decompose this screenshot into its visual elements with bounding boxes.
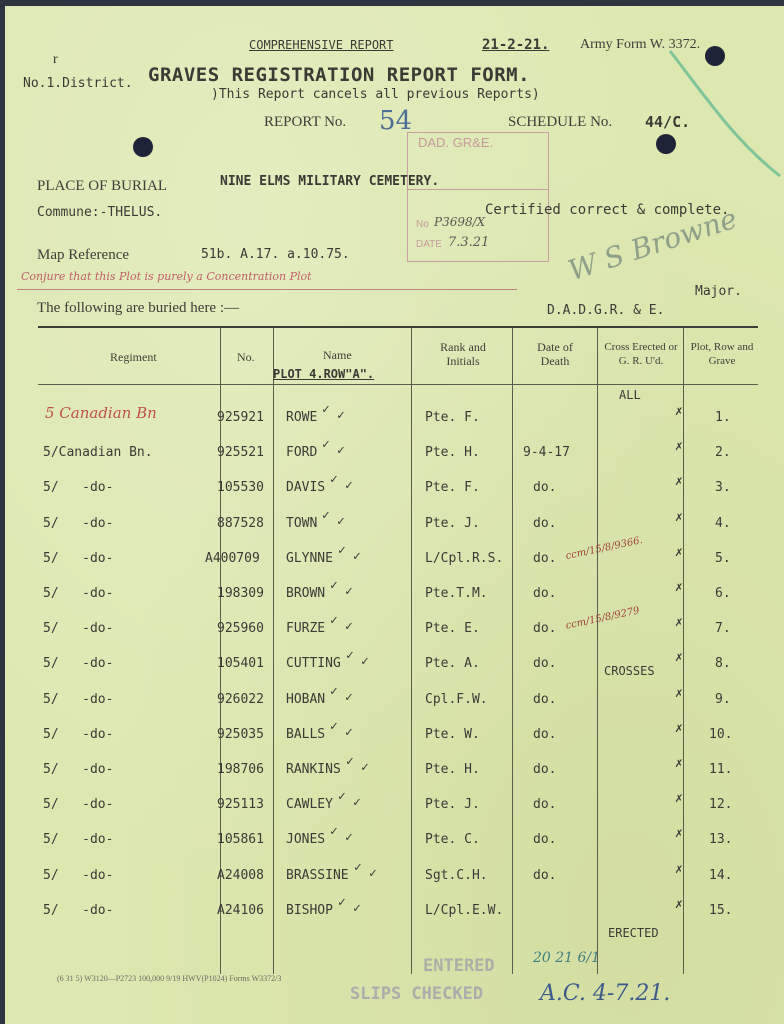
red-handwritten-note: Conjure that this Plot is purely a Conce… xyxy=(21,270,312,283)
rank-cell: Pte. C. xyxy=(425,832,480,847)
rank-cell: Pte. E. xyxy=(425,621,480,636)
map-reference-value: 51b. A.17. a.10.75. xyxy=(201,247,350,262)
name-cell: RANKINS xyxy=(286,762,341,777)
report-date: 21-2-21. xyxy=(482,37,549,53)
commune: Commune:-THELUS. xyxy=(37,205,162,220)
table-row: 5/ -do-105401CUTTING✓✓Pte. A.do.✗8. xyxy=(5,654,784,684)
service-number-cell: 105530 xyxy=(217,480,264,495)
checkmark-icon: ✓ xyxy=(345,478,353,493)
report-form-page: COMPREHENSIVE REPORT 21-2-21. Army Form … xyxy=(5,6,784,1024)
checkmark-icon: ✓ xyxy=(345,584,353,599)
red-cross-mark-icon: ✗ xyxy=(675,474,683,489)
date-of-death-cell: do. xyxy=(533,868,556,883)
service-number-cell: 198706 xyxy=(217,762,264,777)
rank-cell: Pte. A. xyxy=(425,656,480,671)
date-of-death-cell: do. xyxy=(533,480,556,495)
column-header-date-of-death: Date of Death xyxy=(525,340,585,368)
name-cell: HOBAN xyxy=(286,692,325,707)
table-header-rule xyxy=(38,384,758,385)
rank-cell: L/Cpl.E.W. xyxy=(425,903,503,918)
red-cross-mark-icon: ✗ xyxy=(675,897,683,912)
pencil-tick-mark: r xyxy=(53,52,58,68)
checkmark-icon: ✓ xyxy=(330,613,338,628)
rank-cell: Pte. H. xyxy=(425,762,480,777)
cancels-note: )This Report cancels all previous Report… xyxy=(211,87,540,102)
service-number-cell: 925035 xyxy=(217,727,264,742)
rank-cell: Sgt.C.H. xyxy=(425,868,488,883)
regiment-cell: 5/ -do- xyxy=(43,903,113,918)
stamp-title: DAD. GR&E. xyxy=(418,135,493,150)
table-top-rule xyxy=(38,326,758,328)
regiment-cell: 5 Canadian Bn xyxy=(45,404,157,422)
table-row: 5/ -do-925960FURZE✓✓Pte. E.do.ccm/15/8/9… xyxy=(5,619,784,649)
stamp-no-value: P3698/X xyxy=(434,215,485,229)
red-cross-mark-icon: ✗ xyxy=(675,721,683,736)
name-cell: CAWLEY xyxy=(286,797,333,812)
regiment-cell: 5/ -do- xyxy=(43,727,113,742)
grave-number-cell: 3. xyxy=(715,480,731,495)
checkmark-icon: ✓ xyxy=(337,443,345,458)
slips-checked-stamp: SLIPS CHECKED xyxy=(350,984,483,1004)
signatory-rank: Major. xyxy=(695,284,742,299)
grave-number-cell: 4. xyxy=(715,516,731,531)
name-cell: FURZE xyxy=(286,621,325,636)
grave-number-cell: 7. xyxy=(715,621,731,636)
table-row: 5/ -do-925035BALLS✓✓Pte. W.do.✗10. xyxy=(5,725,784,755)
table-row: 5/ -do-198309BROWN✓✓Pte.T.M.do.✗6. xyxy=(5,584,784,614)
checkmark-icon: ✓ xyxy=(346,754,354,769)
stamp-date-label: DATE xyxy=(416,239,442,250)
red-cross-mark-icon: ✗ xyxy=(675,686,683,701)
table-row: 5/ -do-198706RANKINS✓✓Pte. H.do.✗11. xyxy=(5,760,784,790)
table-row: 5/ -do-A24008BRASSINE✓✓Sgt.C.H.do.✗14. xyxy=(5,866,784,896)
name-cell: BALLS xyxy=(286,727,325,742)
service-number-cell: 925113 xyxy=(217,797,264,812)
plot-row-heading: PLOT 4.ROW"A". xyxy=(273,367,374,381)
rank-cell: Pte. J. xyxy=(425,516,480,531)
checkmark-icon: ✓ xyxy=(338,789,346,804)
checkmark-icon: ✓ xyxy=(345,725,353,740)
regiment-cell: 5/ -do- xyxy=(43,551,113,566)
print-code: (6 31 5) W3120—P2723 100,000 9/19 HWV(P1… xyxy=(57,974,281,983)
checkmark-icon: ✓ xyxy=(338,895,346,910)
grave-number-cell: 15. xyxy=(709,903,732,918)
checkmark-icon: ✓ xyxy=(353,549,361,564)
checkmark-icon: ✓ xyxy=(330,824,338,839)
checkmark-icon: ✓ xyxy=(345,690,353,705)
red-cross-mark-icon: ✗ xyxy=(675,510,683,525)
checkmark-icon: ✓ xyxy=(330,684,338,699)
date-of-death-cell: do. xyxy=(533,727,556,742)
regiment-cell: 5/ -do- xyxy=(43,832,113,847)
checkmark-icon: ✓ xyxy=(361,654,369,669)
checkmark-icon: ✓ xyxy=(345,830,353,845)
date-of-death-cell: do. xyxy=(533,621,556,636)
date-of-death-cell: do. xyxy=(533,797,556,812)
red-cross-mark-icon: ✗ xyxy=(675,862,683,877)
service-number-cell: 105401 xyxy=(217,656,264,671)
checkmark-icon: ✓ xyxy=(369,866,377,881)
schedule-no-label: SCHEDULE No. xyxy=(508,114,612,131)
service-number-cell: A24106 xyxy=(217,903,264,918)
date-of-death-cell: do. xyxy=(533,586,556,601)
report-no-label: REPORT No. xyxy=(264,114,346,131)
army-form-number: Army Form W. 3372. xyxy=(580,37,700,53)
name-cell: TOWN xyxy=(286,516,317,531)
red-cross-mark-icon: ✗ xyxy=(675,756,683,771)
service-number-cell: A24008 xyxy=(217,868,264,883)
date-of-death-cell: do. xyxy=(533,692,556,707)
entered-stamp: ENTERED xyxy=(423,956,495,976)
comprehensive-report-label: COMPREHENSIVE REPORT xyxy=(249,38,394,52)
grave-number-cell: 11. xyxy=(709,762,732,777)
date-of-death-cell: do. xyxy=(533,656,556,671)
checkmark-icon: ✓ xyxy=(330,719,338,734)
rank-cell: Pte.T.M. xyxy=(425,586,488,601)
checkmark-icon: ✓ xyxy=(353,795,361,810)
column-header-regiment: Regiment xyxy=(110,350,157,365)
service-number-cell: 925921 xyxy=(217,410,264,425)
red-cross-mark-icon: ✗ xyxy=(675,580,683,595)
table-row: 5/Canadian Bn.925521FORD✓✓Pte. H.9-4-17✗… xyxy=(5,443,784,473)
regiment-cell: 5/ -do- xyxy=(43,656,113,671)
cross-note-all: ALL xyxy=(619,388,641,402)
name-cell: BROWN xyxy=(286,586,325,601)
red-cross-mark-icon: ✗ xyxy=(675,650,683,665)
checkmark-icon: ✓ xyxy=(337,408,345,423)
grave-number-cell: 1. xyxy=(715,410,731,425)
checkmark-icon: ✓ xyxy=(338,543,346,558)
checkmark-icon: ✓ xyxy=(361,760,369,775)
service-number-cell: 198309 xyxy=(217,586,264,601)
map-reference-label: Map Reference xyxy=(37,247,129,264)
checkmark-icon: ✓ xyxy=(322,402,330,417)
punch-hole-icon xyxy=(133,137,153,157)
form-title: GRAVES REGISTRATION REPORT FORM. xyxy=(148,64,530,86)
table-row: 5/ -do-887528TOWN✓✓Pte. J.do.✗4. xyxy=(5,514,784,544)
name-cell: GLYNNE xyxy=(286,551,333,566)
date-of-death-cell: do. xyxy=(533,551,556,566)
service-number-cell: 925521 xyxy=(217,445,264,460)
red-cross-mark-icon: ✗ xyxy=(675,439,683,454)
column-header-plot-row-grave: Plot, Row and Grave xyxy=(687,340,757,368)
service-number-cell: 926022 xyxy=(217,692,264,707)
column-header-no: No. xyxy=(237,350,255,365)
regiment-cell: 5/ -do- xyxy=(43,480,113,495)
table-row: 5/ -do-105861JONES✓✓Pte. C.do.✗13. xyxy=(5,830,784,860)
entered-date: 20 21 6/1 xyxy=(533,950,600,966)
regiment-cell: 5/ -do- xyxy=(43,868,113,883)
checkmark-icon: ✓ xyxy=(346,648,354,663)
red-cross-mark-icon: ✗ xyxy=(675,545,683,560)
regiment-cell: 5/ -do- xyxy=(43,586,113,601)
stamp-date-value: 7.3.21 xyxy=(448,235,489,250)
regiment-cell: 5/Canadian Bn. xyxy=(43,445,153,460)
dadgre-received-stamp: DAD. GR&E. No P3698/X DATE 7.3.21 xyxy=(407,132,549,262)
checkmark-icon: ✓ xyxy=(330,578,338,593)
district-label: No.1.District. xyxy=(23,76,133,91)
regiment-cell: 5/ -do- xyxy=(43,692,113,707)
rank-cell: Cpl.F.W. xyxy=(425,692,488,707)
checkmark-icon: ✓ xyxy=(330,472,338,487)
service-number-cell: 925960 xyxy=(217,621,264,636)
grave-number-cell: 2. xyxy=(715,445,731,460)
name-cell: JONES xyxy=(286,832,325,847)
grave-number-cell: 10. xyxy=(709,727,732,742)
buried-here-label: The following are buried here :— xyxy=(37,300,239,317)
checkmark-icon: ✓ xyxy=(337,514,345,529)
red-cross-mark-icon: ✗ xyxy=(675,826,683,841)
rank-cell: Pte. J. xyxy=(425,797,480,812)
red-cross-mark-icon: ✗ xyxy=(675,791,683,806)
grave-number-cell: 5. xyxy=(715,551,731,566)
date-of-death-cell: do. xyxy=(533,516,556,531)
name-cell: DAVIS xyxy=(286,480,325,495)
grave-number-cell: 14. xyxy=(709,868,732,883)
service-number-cell: 887528 xyxy=(217,516,264,531)
checkmark-icon: ✓ xyxy=(354,860,362,875)
column-header-rank: Rank and Initials xyxy=(423,340,503,368)
place-of-burial-label: PLACE OF BURIAL xyxy=(37,178,167,195)
place-of-burial-value: NINE ELMS MILITARY CEMETERY. xyxy=(220,174,439,189)
name-cell: BISHOP xyxy=(286,903,333,918)
checked-initials-date: A.C. 4-7.21. xyxy=(540,981,670,1006)
signatory-office: D.A.D.G.R. & E. xyxy=(547,303,664,318)
date-of-death-cell: do. xyxy=(533,762,556,777)
grave-number-cell: 6. xyxy=(715,586,731,601)
regiment-cell: 5/ -do- xyxy=(43,621,113,636)
table-row: 5/ -do-A24106BISHOP✓✓L/Cpl.E.W.✗15. xyxy=(5,901,784,931)
grave-number-cell: 8. xyxy=(715,656,731,671)
checkmark-icon: ✓ xyxy=(353,901,361,916)
column-header-name: Name xyxy=(323,348,352,363)
name-cell: BRASSINE xyxy=(286,868,349,883)
service-number-cell: 105861 xyxy=(217,832,264,847)
red-cross-mark-icon: ✗ xyxy=(675,404,683,419)
grave-number-cell: 9. xyxy=(715,692,731,707)
rank-cell: Pte. W. xyxy=(425,727,480,742)
grave-number-cell: 12. xyxy=(709,797,732,812)
name-cell: FORD xyxy=(286,445,317,460)
table-row: 5/ -do-A400709GLYNNE✓✓L/Cpl.R.S.do.ccm/1… xyxy=(5,549,784,579)
table-row: 5 Canadian Bn925921ROWE✓✓Pte. F.✗1. xyxy=(5,408,784,438)
red-cross-mark-icon: ✗ xyxy=(675,615,683,630)
regiment-cell: 5/ -do- xyxy=(43,797,113,812)
table-row: 5/ -do-105530DAVIS✓✓Pte. F.do.✗3. xyxy=(5,478,784,508)
name-cell: ROWE xyxy=(286,410,317,425)
table-row: 5/ -do-926022HOBAN✓✓Cpl.F.W.do.✗9. xyxy=(5,690,784,720)
date-of-death-cell: 9-4-17 xyxy=(523,445,570,460)
regiment-cell: 5/ -do- xyxy=(43,762,113,777)
rank-cell: Pte. F. xyxy=(425,410,480,425)
schedule-no-value: 44/C. xyxy=(645,113,690,131)
stamp-no-label: No xyxy=(416,219,429,230)
service-number-cell: A400709 xyxy=(205,551,260,566)
regiment-cell: 5/ -do- xyxy=(43,516,113,531)
date-of-death-cell: do. xyxy=(533,832,556,847)
grave-number-cell: 13. xyxy=(709,832,732,847)
table-row: 5/ -do-925113CAWLEY✓✓Pte. J.do.✗12. xyxy=(5,795,784,825)
checkmark-icon: ✓ xyxy=(322,437,330,452)
rank-cell: L/Cpl.R.S. xyxy=(425,551,503,566)
rank-cell: Pte. H. xyxy=(425,445,480,460)
rank-cell: Pte. F. xyxy=(425,480,480,495)
column-header-cross-erected: Cross Erected or G. R. U'd. xyxy=(598,340,684,368)
checkmark-icon: ✓ xyxy=(345,619,353,634)
checkmark-icon: ✓ xyxy=(322,508,330,523)
name-cell: CUTTING xyxy=(286,656,341,671)
